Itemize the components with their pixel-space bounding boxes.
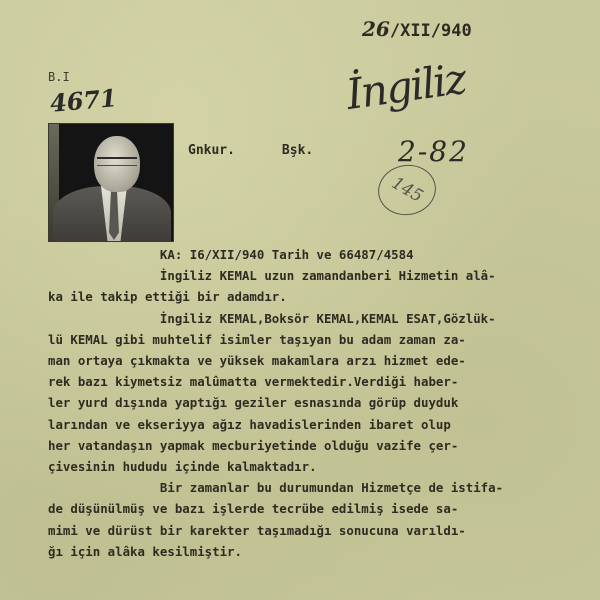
body-line: ğı için alâka kesilmiştir. — [48, 541, 578, 562]
document-date: 26/XII/940 — [362, 17, 472, 41]
photo-glasses — [97, 157, 137, 166]
circled-number: 145 — [388, 173, 426, 207]
body-line: rek bazı kiymetsiz malûmatta vermektedir… — [48, 371, 578, 392]
body-line: Bir zamanlar bu durumundan Hizmetçe de i… — [48, 477, 578, 498]
body-line: İngiliz KEMAL uzun zamandanberi Hizmetin… — [48, 265, 578, 286]
body-line: ka ile takip ettiği bir adamdır. — [48, 286, 578, 307]
circled-number-stamp: 145 — [374, 160, 440, 219]
reference-label: B.I — [48, 70, 70, 84]
reference-number-handwritten: 4671 — [49, 83, 118, 118]
document-body: KA: I6/XII/940 Tarih ve 66487/4584 İngil… — [48, 244, 578, 562]
body-line: KA: I6/XII/940 Tarih ve 66487/4584 — [48, 244, 578, 265]
document-page: 26/XII/940 B.I 4671 Gnkur. Bşk. İngiliz … — [0, 0, 600, 600]
body-line: mimi ve dürüst bir karekter taşımadığı s… — [48, 520, 578, 541]
body-line: man ortaya çıkmakta ve yüksek makamlara … — [48, 350, 578, 371]
handwritten-annotation-word: İngiliz — [343, 54, 468, 119]
body-line: ler yurd dışında yaptığı geziler esnasın… — [48, 392, 578, 413]
body-line: İngiliz KEMAL,Boksör KEMAL,KEMAL ESAT,Gö… — [48, 308, 578, 329]
date-month-year: /XII/940 — [390, 21, 472, 41]
body-line: lü KEMAL gibi muhtelif isimler taşıyan b… — [48, 329, 578, 350]
date-day-handwritten: 26 — [362, 17, 390, 41]
handwritten-annotation-code: 2-82 — [398, 135, 469, 168]
addressee: Gnkur. Bşk. — [188, 143, 313, 158]
body-line: de düşünülmüş ve bazı işlerde tecrübe ed… — [48, 498, 578, 519]
body-line: çivesinin hududu içinde kalmaktadır. — [48, 456, 578, 477]
body-line: larından ve ekseriyya ağız havadislerind… — [48, 414, 578, 435]
portrait-photo — [48, 123, 174, 242]
body-line: her vatandaşın yapmak mecburiyetinde old… — [48, 435, 578, 456]
